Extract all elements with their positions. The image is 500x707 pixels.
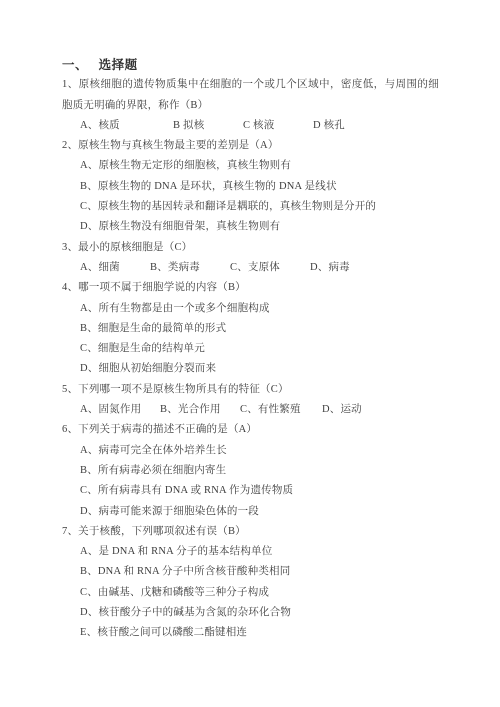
question-stem: 1、原核细胞的遗传物质集中在细胞的一个或几个区域中，密度低，与周围的细胞质无明确… (62, 75, 439, 116)
section-number: 一、 (62, 58, 88, 72)
option: C、有性繁殖 (240, 400, 322, 420)
question-2: 2、原核生物与真核生物最主要的差别是（A）A、原核生物无定形的细胞核，真核生物则… (62, 136, 439, 237)
option: D、病毒可能来源于细胞染色体的一段 (80, 502, 439, 522)
question-list: 1、原核细胞的遗传物质集中在细胞的一个或几个区域中，密度低，与周围的细胞质无明确… (62, 75, 439, 643)
option: D 核孔 (313, 116, 345, 136)
option: A、所有生物都是由一个或多个细胞构成 (80, 299, 439, 319)
option: C、细胞是生命的结构单元 (80, 339, 439, 359)
question-stem: 3、最小的原核细胞是（C） (62, 238, 439, 258)
question-stem: 5、下列哪一项不是原核生物所具有的特征（C） (62, 380, 439, 400)
question-stem: 7、关于核酸，下列哪项叙述有误（B） (62, 522, 439, 542)
question-6: 6、下列关于病毒的描述不正确的是（A）A、病毒可完全在体外培养生长B、所有病毒必… (62, 420, 439, 521)
option: E、核苷酸之间可以磷酸二酯键相连 (80, 623, 439, 643)
document-page: 一、 选择题 1、原核细胞的遗传物质集中在细胞的一个或几个区域中，密度低，与周围… (0, 0, 500, 707)
option: B、光合作用 (160, 400, 240, 420)
option: B 拟核 (173, 116, 243, 136)
options-row: A、固氮作用B、光合作用C、有性繁殖D、运动 (80, 400, 439, 420)
section-heading: 一、 选择题 (62, 55, 439, 75)
option: D、细胞从初始细胞分裂而来 (80, 359, 439, 379)
option: D、原核生物没有细胞骨架，真核生物则有 (80, 217, 439, 237)
options-row: A、核质B 拟核C 核液D 核孔 (80, 116, 439, 136)
option: B、原核生物的 DNA 是环状，真核生物的 DNA 是线状 (80, 177, 439, 197)
option: A、是 DNA 和 RNA 分子的基本结构单位 (80, 542, 439, 562)
option: B、类病毒 (150, 258, 230, 278)
question-stem: 4、哪一项不属于细胞学说的内容（B） (62, 278, 439, 298)
options-row: A、细菌B、类病毒C、支原体D、病毒 (80, 258, 439, 278)
section-title: 选择题 (99, 58, 138, 72)
option: C、所有病毒具有 DNA 或 RNA 作为遗传物质 (80, 481, 439, 501)
option: A、细菌 (80, 258, 150, 278)
option: B、DNA 和 RNA 分子中所含核苷酸种类相同 (80, 562, 439, 582)
question-4: 4、哪一项不属于细胞学说的内容（B）A、所有生物都是由一个或多个细胞构成B、细胞… (62, 278, 439, 379)
question-stem: 2、原核生物与真核生物最主要的差别是（A） (62, 136, 439, 156)
option: C、支原体 (230, 258, 310, 278)
question-1: 1、原核细胞的遗传物质集中在细胞的一个或几个区域中，密度低，与周围的细胞质无明确… (62, 75, 439, 136)
option: A、核质 (80, 116, 173, 136)
option: C 核液 (243, 116, 313, 136)
option: B、细胞是生命的最简单的形式 (80, 319, 439, 339)
question-5: 5、下列哪一项不是原核生物所具有的特征（C）A、固氮作用B、光合作用C、有性繁殖… (62, 380, 439, 421)
option: D、病毒 (310, 258, 350, 278)
option: A、固氮作用 (80, 400, 160, 420)
question-7: 7、关于核酸，下列哪项叙述有误（B）A、是 DNA 和 RNA 分子的基本结构单… (62, 522, 439, 644)
question-3: 3、最小的原核细胞是（C）A、细菌B、类病毒C、支原体D、病毒 (62, 238, 439, 279)
option: A、原核生物无定形的细胞核，真核生物则有 (80, 156, 439, 176)
option: D、核苷酸分子中的碱基为含氮的杂环化合物 (80, 603, 439, 623)
option: B、所有病毒必须在细胞内寄生 (80, 461, 439, 481)
option: A、病毒可完全在体外培养生长 (80, 441, 439, 461)
option: D、运动 (322, 400, 362, 420)
question-stem: 6、下列关于病毒的描述不正确的是（A） (62, 420, 439, 440)
option: C、原核生物的基因转录和翻译是耦联的，真核生物则是分开的 (80, 197, 439, 217)
option: C、由碱基、戊糖和磷酸等三种分子构成 (80, 583, 439, 603)
